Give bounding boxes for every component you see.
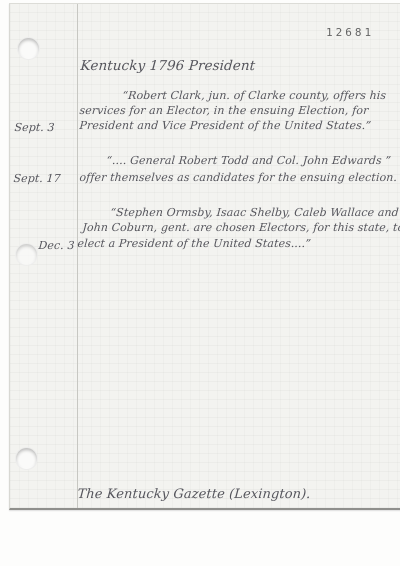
entry-line: services for an Elector, in the ensuing … [79, 104, 369, 117]
source-citation: The Kentucky Gazette (Lexington). [77, 487, 311, 502]
scanned-document-page: 12681 Kentucky 1796 President Sept. 3 “R… [0, 0, 400, 566]
punch-hole-bottom [15, 447, 38, 470]
entry-date: Sept. 3 [14, 121, 55, 134]
entry-line: “.... General Robert Todd and Col. John … [106, 154, 392, 167]
paper-sheet [9, 3, 400, 510]
entry-date: Dec. 3 [38, 239, 75, 252]
entry-line: President and Vice President of the Unit… [79, 119, 372, 132]
margin-rule-line [77, 4, 78, 508]
page-title: Kentucky 1796 President [80, 58, 256, 74]
entry-line: elect a President of the United States..… [77, 237, 312, 250]
punch-hole-top [17, 37, 40, 60]
entry-line: offer themselves as candidates for the e… [79, 171, 398, 184]
entry-line: John Coburn, gent. are chosen Electors, … [82, 221, 400, 234]
punch-hole-middle [15, 243, 38, 266]
page-number-stamp: 12681 [326, 26, 374, 39]
entry-line: “Robert Clark, jun. of Clarke county, of… [122, 89, 387, 102]
entry-date: Sept. 17 [13, 172, 61, 185]
entry-line: “Stephen Ormsby, Isaac Shelby, Caleb Wal… [110, 206, 399, 219]
